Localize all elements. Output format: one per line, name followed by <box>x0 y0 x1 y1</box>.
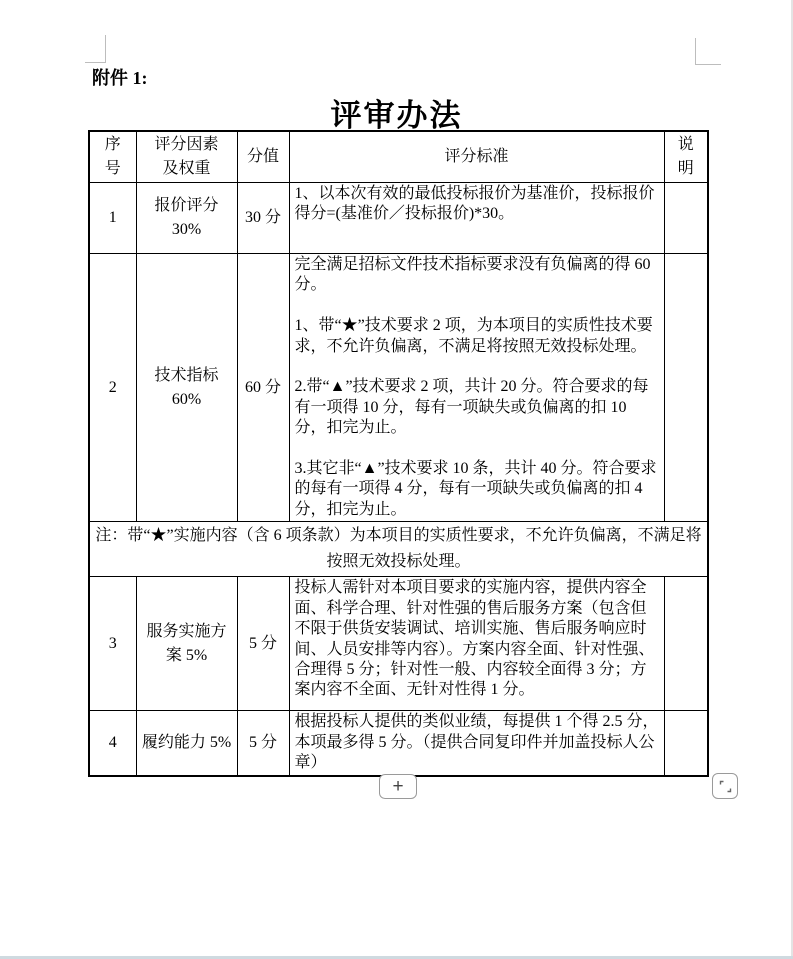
note-row-text: 注：带“★”实施内容（含 6 项条款）为本项目的实质性要求，不允许负偏离，不满足… <box>89 522 708 577</box>
table-row-4: 4 履约能力 5% 5 分 根据投标人提供的类似业绩，每提供 1 个得 2.5 … <box>89 711 708 776</box>
cell-note <box>664 183 708 254</box>
cell-factor: 报价评分 30% <box>136 183 237 254</box>
header-criteria: 评分标准 <box>289 131 664 183</box>
expand-corners-icon <box>719 780 732 793</box>
header-no: 序 号 <box>89 131 136 183</box>
plus-icon: + <box>392 777 403 796</box>
cell-factor: 服务实施方案 5% <box>136 577 237 711</box>
attachment-label: 附件 1: <box>92 64 148 90</box>
cell-factor: 技术指标 60% <box>136 254 237 522</box>
cell-note <box>664 711 708 776</box>
cell-score: 30 分 <box>237 183 289 254</box>
table-note-row: 注：带“★”实施内容（含 6 项条款）为本项目的实质性要求，不允许负偏离，不满足… <box>89 522 708 577</box>
cell-no: 1 <box>89 183 136 254</box>
table-row-3: 3 服务实施方案 5% 5 分 投标人需针对本项目要求的实施内容，提供内容全面、… <box>89 577 708 711</box>
cell-criteria: 完全满足招标文件技术指标要求没有负偏离的得 60 分。 1、带“★”技术要求 2… <box>289 254 664 522</box>
add-button[interactable]: + <box>379 774 417 799</box>
cell-criteria: 根据投标人提供的类似业绩，每提供 1 个得 2.5 分，本项最多得 5 分。（提… <box>289 711 664 776</box>
table-row-1: 1 报价评分 30% 30 分 1、以本次有效的最低投标报价为基准价，投标报价得… <box>89 183 708 254</box>
cell-note <box>664 577 708 711</box>
cell-score: 60 分 <box>237 254 289 522</box>
cell-note <box>664 254 708 522</box>
cell-criteria: 投标人需针对本项目要求的实施内容，提供内容全面、科学合理、针对性强的售后服务方案… <box>289 577 664 711</box>
margin-mark-top-right <box>695 38 721 65</box>
cell-score: 5 分 <box>237 577 289 711</box>
header-note: 说 明 <box>664 131 708 183</box>
evaluation-table: 序 号 评分因素 及权重 分值 评分标准 说 明 1 报价评分 30% 30 分… <box>88 130 709 777</box>
document-page: 附件 1: 评审办法 序 号 评分因素 及权重 分值 评分标准 说 明 1 报价… <box>0 0 793 959</box>
cell-criteria: 1、以本次有效的最低投标报价为基准价，投标报价得分=(基准价／投标报价)*30。 <box>289 183 664 254</box>
fullscreen-button[interactable] <box>712 773 738 799</box>
header-score: 分值 <box>237 131 289 183</box>
cell-no: 4 <box>89 711 136 776</box>
cell-factor: 履约能力 5% <box>136 711 237 776</box>
cell-score: 5 分 <box>237 711 289 776</box>
cell-no: 2 <box>89 254 136 522</box>
page-title: 评审办法 <box>0 90 793 135</box>
table-header-row: 序 号 评分因素 及权重 分值 评分标准 说 明 <box>89 131 708 183</box>
margin-mark-top-left <box>85 35 106 63</box>
cell-no: 3 <box>89 577 136 711</box>
table-row-2: 2 技术指标 60% 60 分 完全满足招标文件技术指标要求没有负偏离的得 60… <box>89 254 708 522</box>
header-factor: 评分因素 及权重 <box>136 131 237 183</box>
